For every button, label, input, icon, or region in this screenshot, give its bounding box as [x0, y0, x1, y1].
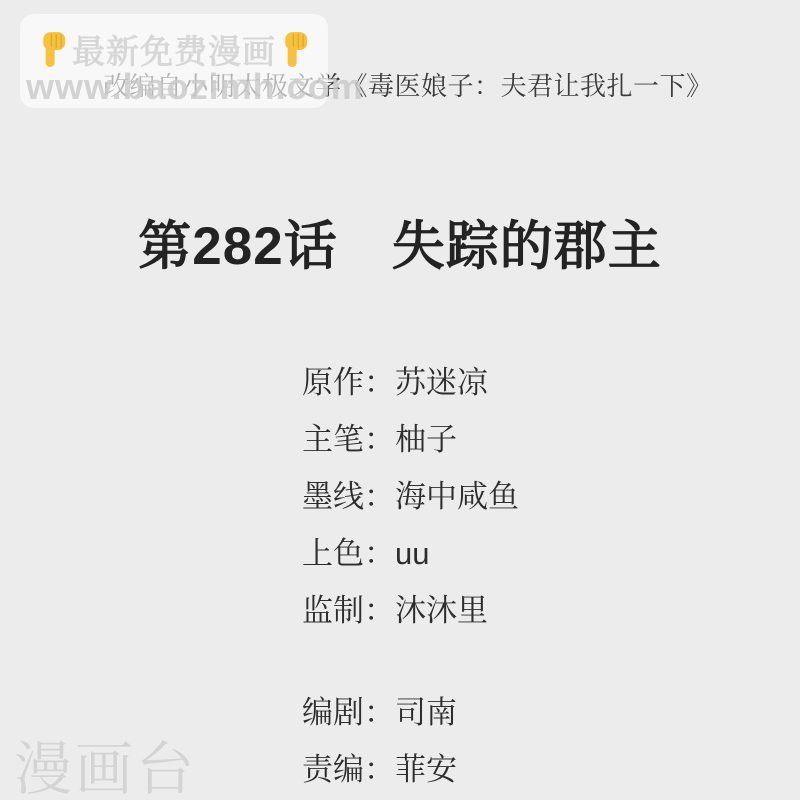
credit-row-colorist: 上色：uu	[302, 525, 519, 582]
credit-separator: ：	[364, 695, 395, 730]
credit-separator: ：	[364, 479, 395, 514]
chapter-title: 第282话 失踪的郡主	[138, 204, 661, 280]
credit-row-lead-artist: 主笔：柚子	[302, 411, 519, 468]
credit-role: 主笔	[302, 422, 364, 457]
credit-role: 上色	[302, 536, 364, 571]
credit-name: 司南	[395, 695, 457, 730]
credits-block: 原作：苏迷凉 主笔：柚子 墨线：海中咸鱼 上色：uu 监制：沐沐里 编剧：司南 …	[302, 354, 519, 798]
platform-watermark: 漫画台	[14, 722, 197, 800]
credit-role: 原作	[302, 365, 364, 400]
credit-role: 责编	[302, 752, 364, 787]
credit-separator: ：	[364, 752, 395, 787]
credit-separator: ：	[364, 422, 395, 457]
pointing-down-hand-icon	[282, 30, 308, 70]
credit-row-supervisor: 监制：沐沐里	[302, 582, 519, 639]
site-watermark: www.baozimh.com	[26, 66, 364, 108]
credit-row-editor: 责编：菲安	[302, 741, 519, 798]
credit-role: 监制	[302, 593, 364, 628]
credit-role: 编剧	[302, 695, 364, 730]
credit-name: 沐沐里	[395, 593, 488, 628]
credit-role: 墨线	[302, 479, 364, 514]
credit-name: 柚子	[395, 422, 457, 457]
credits-editorial-group: 编剧：司南 责编：菲安	[302, 684, 519, 798]
credit-name: uu	[395, 536, 429, 571]
credit-separator: ：	[364, 365, 395, 400]
credit-name: 菲安	[395, 752, 457, 787]
credit-separator: ：	[364, 593, 395, 628]
credit-row-screenwriter: 编剧：司南	[302, 684, 519, 741]
comic-title-page: { "page": { "background_color": "#ececec…	[0, 0, 800, 800]
credit-name: 苏迷凉	[395, 365, 488, 400]
pointing-down-hand-icon	[40, 30, 66, 70]
credit-separator: ：	[364, 536, 395, 571]
credits-main-group: 原作：苏迷凉 主笔：柚子 墨线：海中咸鱼 上色：uu 监制：沐沐里	[302, 354, 519, 639]
credit-row-original-author: 原作：苏迷凉	[302, 354, 519, 411]
credit-row-inker: 墨线：海中咸鱼	[302, 468, 519, 525]
credit-name: 海中咸鱼	[395, 479, 519, 514]
